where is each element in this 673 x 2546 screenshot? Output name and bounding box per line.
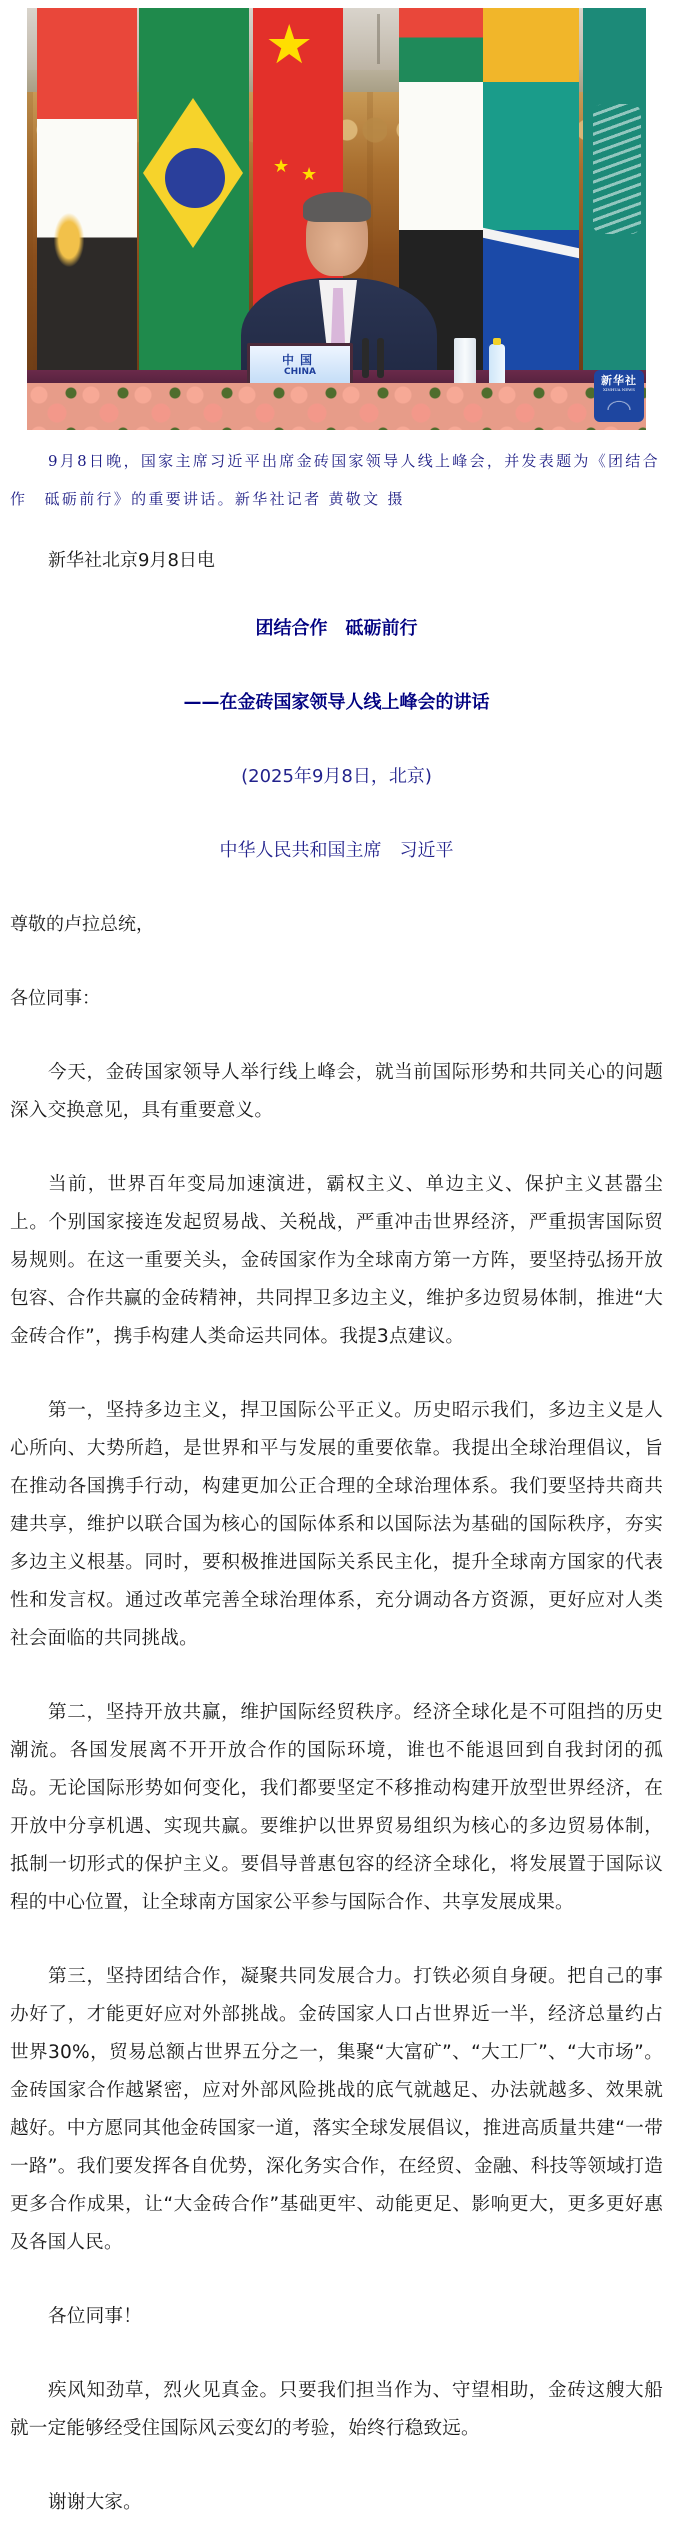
paragraph-closing: 疾风知劲草，烈火见真金。只要我们担当作为、守望相助，金砖这艘大船就一定能够经受住… [10, 2372, 663, 2448]
speech-subtitle: ——在金砖国家领导人线上峰会的讲话 [0, 684, 673, 722]
speech-title: 团结合作 砥砺前行 [0, 610, 673, 648]
nameplate-en: CHINA [284, 367, 316, 378]
xinhua-logo-cn: 新华社 [601, 374, 637, 387]
paragraph-point-three: 第三，坚持团结合作，凝聚共同发展合力。打铁必须自身硬。把自己的事办好了，才能更好… [10, 1958, 663, 2262]
article: ★ ★ ★ 中国 CHINA 新华社 XINHUA NEWS [0, 8, 673, 2546]
xinhua-watermark-logo: 新华社 XINHUA NEWS [594, 370, 644, 422]
speech-author: 中华人民共和国主席 习近平 [0, 832, 673, 870]
paragraph-context: 当前，世界百年变局加速演进，霸权主义、单边主义、保护主义甚嚣尘上。个别国家接连发… [10, 1166, 663, 1356]
dateline: 新华社北京9月8日电 [48, 542, 673, 580]
nameplate: 中国 CHINA [247, 343, 353, 387]
xinhua-logo-en: XINHUA NEWS [603, 387, 635, 393]
speech-date-location: (2025年9月8日，北京) [0, 758, 673, 796]
paragraph-point-one: 第一，坚持多边主义，捍卫国际公平正义。历史昭示我们，多边主义是人心所向、大势所趋… [10, 1392, 663, 1658]
paragraph-thanks: 谢谢大家。 [10, 2484, 663, 2522]
salutation-colleagues: 各位同事： [10, 980, 673, 1018]
flag-south-africa [483, 8, 579, 378]
nameplate-cn: 中国 [282, 353, 318, 367]
microphone-icon [362, 338, 369, 378]
flag-brazil [139, 8, 249, 378]
microphone-icon [377, 338, 384, 378]
paragraph-point-two: 第二，坚持开放共赢，维护国际经贸秩序。经济全球化是不可阻挡的历史潮流。各国发展离… [10, 1694, 663, 1922]
paragraph-intro: 今天，金砖国家领导人举行线上峰会，就当前国际形势和共同关心的问题深入交换意见，具… [10, 1054, 663, 1130]
flag-saudi-arabia [583, 8, 646, 378]
paragraph-colleagues: 各位同事！ [10, 2298, 663, 2336]
news-photo: ★ ★ ★ 中国 CHINA 新华社 XINHUA NEWS [27, 8, 646, 430]
network-globe-icon [601, 396, 637, 410]
flower-arrangement [27, 383, 646, 430]
photo-caption: 9月8日晚，国家主席习近平出席金砖国家领导人线上峰会，并发表题为《团结合作 砥砺… [0, 430, 673, 518]
flag-egypt [37, 8, 137, 378]
bottom-spacer [0, 2522, 673, 2546]
salutation-president: 尊敬的卢拉总统， [10, 906, 673, 944]
